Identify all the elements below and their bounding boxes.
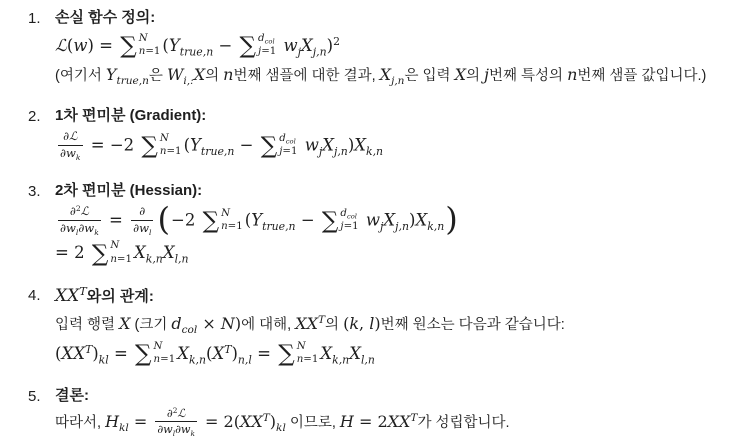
- math-limits: Nn=1: [297, 340, 319, 367]
- list-item-body: 손실 함수 정의:ℒ(w) = ∑Nn=1(Ytrue,n − ∑dcolj=1…: [55, 7, 717, 90]
- list-item-heading: 결론:: [55, 385, 717, 408]
- superscript: dcol: [279, 132, 296, 145]
- list-item-body: 2차 편미분 (Hessian):∂2ℒ∂wl∂wk = ∂∂wl(−2 ∑Nn…: [55, 180, 717, 270]
- list-item-number: 5.: [28, 385, 55, 436]
- subscript: k,n: [366, 145, 383, 158]
- list-item-heading: 2차 편미분 (Hessian):: [55, 180, 717, 203]
- math-limits: dcolj=1: [340, 207, 358, 234]
- list-item-number: 1.: [28, 7, 55, 90]
- math-symbol: =: [104, 211, 128, 230]
- math-symbol: ,: [359, 314, 369, 333]
- inline-math: XXT: [295, 314, 325, 333]
- subscript: n=1: [154, 353, 176, 366]
- text-run: 입력 행렬: [55, 317, 119, 333]
- paragraph: 입력 행렬 X (크기 dcol × N)에 대해, XXT의 (k, l)번째…: [55, 310, 717, 338]
- list-item-body: 1차 편미분 (Gradient):∂ℒ∂wk = −2 ∑Nn=1(Ytrue…: [55, 105, 717, 165]
- math-symbol: = 2: [354, 412, 388, 431]
- math-variable: T: [263, 413, 270, 425]
- math-variable: X: [380, 65, 391, 84]
- inline-math: n: [223, 65, 233, 84]
- math-variable: true,n: [180, 45, 213, 58]
- math-variable: k,n: [332, 353, 349, 366]
- math-variable: ℒ: [69, 129, 77, 143]
- math-fraction: ∂ℒ∂wk: [58, 129, 83, 161]
- paragraph: 따라서, Hkl = ∂2ℒ∂wl∂wk = 2(XXT)kl 이므로, H =…: [55, 407, 717, 436]
- math-variable: H: [340, 412, 354, 431]
- subscript: k,n: [146, 253, 163, 266]
- math-variable: true,n: [201, 145, 234, 158]
- superscript: N: [139, 32, 148, 45]
- subscript: l,n: [361, 353, 375, 366]
- math-variable: Y: [106, 65, 117, 84]
- math-variable: n: [223, 65, 233, 84]
- math-limits: Nn=1: [221, 207, 243, 234]
- math-variable: X: [134, 243, 146, 262]
- subscript: true,n: [116, 76, 148, 88]
- text-run: 와의 관계:: [87, 288, 154, 305]
- math-variable: k,n: [427, 220, 444, 233]
- math-variable: Y: [169, 36, 180, 55]
- math-variable: l,n: [361, 353, 375, 366]
- math-variable: X: [354, 136, 366, 155]
- big-delimiter: (: [156, 200, 171, 238]
- math-variable: N: [154, 341, 163, 352]
- document: 1.손실 함수 정의:ℒ(w) = ∑Nn=1(Ytrue,n − ∑dcolj…: [0, 0, 729, 436]
- math-variable: X: [383, 211, 395, 230]
- math-variable: w: [284, 36, 298, 55]
- subscript: n=1: [160, 145, 182, 158]
- subscript: kl: [276, 423, 286, 435]
- math-variable: X: [301, 36, 313, 55]
- math-symbol: 2: [333, 35, 340, 48]
- list-item-number: 3.: [28, 180, 55, 270]
- superscript: dcol: [258, 32, 275, 45]
- math-symbol: =1: [344, 221, 359, 232]
- math-fraction: ∂∂wl: [131, 204, 153, 236]
- superscript: dcol: [340, 207, 357, 220]
- math-variable: T: [79, 285, 86, 298]
- subscript: k,n: [427, 220, 444, 233]
- math-variable: n: [110, 254, 117, 265]
- text-run: 번째 특성의: [489, 68, 567, 84]
- math-formula: = 2 ∑Nn=1Xk,nXl,n: [55, 240, 717, 267]
- inline-math: Xj,n: [380, 65, 405, 84]
- math-limits: Nn=1: [139, 32, 161, 59]
- subscript: k,n: [332, 353, 349, 366]
- subscript: j,n: [313, 45, 327, 58]
- list-item: 1.손실 함수 정의:ℒ(w) = ∑Nn=1(Ytrue,n − ∑dcolj…: [28, 7, 717, 90]
- sum-operator: ∑: [90, 241, 110, 267]
- subscript: n=1: [297, 353, 319, 366]
- math-variable: X: [194, 65, 205, 84]
- math-symbol: = −2: [86, 136, 140, 155]
- inline-math: H = 2XXT: [340, 412, 418, 431]
- math-variable: N: [221, 208, 230, 219]
- math-variable: X: [455, 65, 466, 84]
- math-variable: i,:: [183, 76, 193, 88]
- math-variable: N: [221, 314, 235, 333]
- sum-operator: ∑: [133, 341, 153, 367]
- list-item-number: 4.: [28, 284, 55, 370]
- math-variable: H: [105, 412, 119, 431]
- math-symbol: =: [252, 344, 276, 363]
- math-variable: l: [149, 228, 151, 237]
- math-variable: w: [84, 221, 94, 235]
- text-run: 가 성립합니다.: [417, 415, 509, 431]
- math-variable: w: [66, 146, 76, 160]
- fraction-denominator: ∂wl∂wk: [155, 421, 197, 436]
- list-item-body: XXT와의 관계:입력 행렬 X (크기 dcol × N)에 대해, XXT의…: [55, 284, 717, 370]
- subscript: l,n: [175, 253, 189, 266]
- math-limits: Nn=1: [110, 239, 132, 266]
- subscript: true,n: [262, 220, 295, 233]
- big-delimiter: ): [444, 200, 459, 238]
- inline-math: X: [119, 314, 130, 333]
- math-variable: true,n: [116, 76, 148, 88]
- inline-math: dcol × N): [171, 314, 241, 333]
- subscript: k: [190, 429, 194, 436]
- list-item: 2.1차 편미분 (Gradient):∂ℒ∂wk = −2 ∑Nn=1(Ytr…: [28, 105, 717, 165]
- math-variable: w: [139, 221, 149, 235]
- text-run: 2차 편미분 (Hessian):: [55, 182, 202, 199]
- text-run: 번째 원소는 다음과 같습니다:: [381, 317, 565, 333]
- text-run: 은 입력: [404, 68, 454, 84]
- text-run: 의: [466, 68, 484, 84]
- math-formula: ∂ℒ∂wk = −2 ∑Nn=1(Ytrue,n − ∑dcolj=1 wjXj…: [55, 130, 717, 162]
- math-symbol: =1: [303, 354, 318, 365]
- subscript: true,n: [201, 145, 234, 158]
- subscript: n=1: [110, 253, 132, 266]
- math-limits: dcolj=1: [279, 132, 297, 159]
- sum-operator: ∑: [276, 341, 296, 367]
- math-variable: w: [66, 221, 76, 235]
- math-formula: ℒ(w) = ∑Nn=1(Ytrue,n − ∑dcolj=1 wjXj,n)2: [55, 33, 717, 60]
- math-variable: l,n: [175, 253, 189, 266]
- math-variable: X: [55, 286, 67, 306]
- subscript: j=1: [279, 145, 297, 158]
- math-variable: N: [297, 341, 306, 352]
- text-run: 번째 샘플에 대한 결과,: [233, 68, 379, 84]
- inline-math: Wi,:X: [167, 65, 205, 84]
- subscript: k,n: [189, 353, 206, 366]
- inline-math: (k, l): [343, 314, 381, 333]
- sum-operator: ∑: [238, 33, 258, 59]
- math-symbol: =: [129, 412, 153, 431]
- math-symbol: ∂: [139, 204, 145, 218]
- math-symbol: ×: [197, 314, 221, 333]
- subscript: n,l: [238, 353, 252, 366]
- ordered-list: 1.손실 함수 정의:ℒ(w) = ∑Nn=1(Ytrue,n − ∑dcolj…: [28, 7, 717, 436]
- text-run: 결론:: [55, 387, 89, 404]
- math-fraction: ∂2ℒ∂wl∂wk: [155, 406, 197, 436]
- subscript: kl: [119, 423, 129, 435]
- math-variable: X: [415, 211, 427, 230]
- superscript: T: [79, 285, 86, 298]
- math-variable: k: [94, 228, 99, 237]
- math-symbol: =1: [166, 146, 181, 157]
- math-symbol: =1: [117, 254, 132, 265]
- math-variable: N: [139, 33, 148, 44]
- list-item-number: 2.: [28, 105, 55, 165]
- math-variable: j,n: [313, 45, 327, 58]
- fraction-denominator: ∂wl∂wk: [58, 220, 101, 237]
- math-variable: X: [73, 344, 85, 363]
- fraction-numerator: ∂2ℒ: [68, 204, 91, 220]
- sum-operator: ∑: [118, 33, 138, 59]
- math-variable: k,n: [146, 253, 163, 266]
- subscript: true,n: [180, 45, 213, 58]
- subscript: n=1: [139, 45, 161, 58]
- math-variable: d: [171, 314, 181, 333]
- text-run: 1차 편미분 (Gradient):: [55, 107, 206, 124]
- math-variable: w: [73, 36, 87, 55]
- fraction-denominator: ∂wk: [58, 145, 83, 162]
- subscript: k: [94, 228, 99, 237]
- subscript: l: [149, 228, 151, 237]
- math-symbol: = 2(: [200, 412, 240, 431]
- list-item-body: 결론:따라서, Hkl = ∂2ℒ∂wl∂wk = 2(XXT)kl 이므로, …: [55, 385, 717, 436]
- math-variable: n: [567, 65, 577, 84]
- math-symbol: −: [234, 136, 258, 155]
- superscript: N: [110, 239, 119, 252]
- list-item: 5.결론:따라서, Hkl = ∂2ℒ∂wl∂wk = 2(XXT)kl 이므로…: [28, 385, 717, 436]
- math-symbol: −2: [171, 211, 201, 230]
- math-symbol: =1: [145, 46, 160, 57]
- math-variable: X: [212, 344, 224, 363]
- math-variable: ℒ: [55, 36, 67, 55]
- math-variable: kl: [99, 353, 109, 366]
- math-symbol: =1: [228, 221, 243, 232]
- math-variable: n: [221, 221, 228, 232]
- subscript: kl: [99, 353, 109, 366]
- inline-math: n: [567, 65, 577, 84]
- fraction-denominator: ∂wl: [131, 220, 153, 237]
- list-item-heading: 1차 편미분 (Gradient):: [55, 105, 717, 128]
- math-symbol: =1: [282, 146, 297, 157]
- fraction-numerator: ∂2ℒ: [165, 406, 188, 421]
- math-variable: true,n: [262, 220, 295, 233]
- list-item: 4.XXT와의 관계:입력 행렬 X (크기 dcol × N)에 대해, XX…: [28, 284, 717, 370]
- sum-operator: ∑: [320, 208, 340, 234]
- math-variable: w: [305, 136, 319, 155]
- list-item: 3.2차 편미분 (Hessian):∂2ℒ∂wl∂wk = ∂∂wl(−2 ∑…: [28, 180, 717, 270]
- math-variable: k: [190, 429, 194, 436]
- math-variable: kl: [119, 423, 129, 435]
- text-run: 번째 샘플 값입니다.): [577, 68, 706, 84]
- text-run: 의: [205, 68, 223, 84]
- math-variable: X: [163, 243, 175, 262]
- fraction-numerator: ∂ℒ: [61, 129, 79, 145]
- subscript: j,n: [334, 145, 348, 158]
- subscript: i,:: [183, 76, 193, 88]
- math-symbol: =1: [160, 354, 175, 365]
- math-variable: X: [307, 314, 318, 333]
- sum-operator: ∑: [139, 133, 159, 159]
- math-variable: T: [318, 314, 325, 326]
- math-limits: dcolj=1: [258, 32, 276, 59]
- math-variable: k,n: [366, 145, 383, 158]
- text-run: 손실 함수 정의:: [55, 9, 155, 26]
- math-limits: Nn=1: [154, 340, 176, 367]
- text-run: 은: [149, 68, 167, 84]
- math-formula: (XXT)kl = ∑Nn=1Xk,n(XT)n,l = ∑Nn=1Xk,nXl…: [55, 341, 717, 368]
- text-run: 따라서,: [55, 415, 105, 431]
- superscript: N: [297, 340, 306, 353]
- subscript: j=1: [340, 220, 358, 233]
- text-run: (여기서: [55, 68, 106, 84]
- math-variable: W: [167, 65, 183, 84]
- inline-math: X: [455, 65, 466, 84]
- math-variable: X: [119, 314, 130, 333]
- math-variable: j,n: [334, 145, 348, 158]
- inline-math: Ytrue,n: [106, 65, 149, 84]
- superscript: N: [160, 132, 169, 145]
- superscript: T: [318, 314, 325, 326]
- math-symbol: ) =: [87, 36, 118, 55]
- math-symbol: =1: [261, 46, 276, 57]
- math-variable: N: [160, 133, 169, 144]
- math-variable: k: [349, 314, 359, 333]
- math-variable: k: [76, 153, 81, 162]
- math-variable: j,n: [391, 76, 404, 88]
- math-variable: X: [251, 412, 262, 431]
- math-symbol: =: [109, 344, 133, 363]
- math-symbol: = 2: [55, 243, 90, 262]
- subscript: n=1: [221, 220, 243, 233]
- text-run: 이므로,: [286, 415, 340, 431]
- math-variable: k,n: [189, 353, 206, 366]
- subscript: col: [182, 324, 198, 336]
- math-symbol: −: [296, 211, 320, 230]
- math-variable: X: [388, 412, 399, 431]
- math-variable: w: [366, 211, 380, 230]
- math-variable: Y: [251, 211, 262, 230]
- math-variable: kl: [276, 423, 286, 435]
- paragraph: (여기서 Ytrue,n은 Wi,:X의 n번째 샘플에 대한 결과, Xj,n…: [55, 61, 717, 89]
- inline-math: Hkl = ∂2ℒ∂wl∂wk = 2(XXT)kl: [105, 412, 286, 431]
- math-variable: X: [240, 412, 251, 431]
- list-item-heading: 손실 함수 정의:: [55, 7, 717, 30]
- subscript: j,n: [391, 76, 404, 88]
- list-item-heading: XXT와의 관계:: [55, 284, 717, 310]
- text-run: 에 대해,: [241, 317, 295, 333]
- math-variable: X: [399, 412, 410, 431]
- math-variable: X: [67, 286, 79, 306]
- math-variable: n,l: [238, 353, 252, 366]
- sum-operator: ∑: [201, 208, 221, 234]
- math-variable: ℒ: [177, 407, 185, 420]
- math-limits: Nn=1: [160, 132, 182, 159]
- superscript: N: [221, 207, 230, 220]
- math-variable: X: [295, 314, 306, 333]
- text-run: 의: [325, 317, 343, 333]
- subscript: j=1: [258, 45, 276, 58]
- math-variable: ℒ: [81, 204, 89, 218]
- sum-operator: ∑: [259, 133, 279, 159]
- subscript: j,n: [395, 220, 409, 233]
- math-variable: j,n: [395, 220, 409, 233]
- math-variable: Y: [190, 136, 201, 155]
- math-variable: X: [61, 344, 73, 363]
- math-variable: X: [349, 344, 361, 363]
- math-variable: col: [182, 324, 198, 336]
- superscript: N: [154, 340, 163, 353]
- text-run: (크기: [130, 317, 171, 333]
- fraction-numerator: ∂: [137, 204, 147, 220]
- math-fraction: ∂2ℒ∂wl∂wk: [58, 204, 101, 236]
- superscript: 2: [333, 35, 340, 48]
- math-variable: X: [320, 344, 332, 363]
- subscript: k: [76, 153, 81, 162]
- math-variable: w: [163, 423, 173, 436]
- math-variable: X: [322, 136, 334, 155]
- inline-math: XXT: [55, 286, 87, 306]
- math-formula: ∂2ℒ∂wl∂wk = ∂∂wl(−2 ∑Nn=1(Ytrue,n − ∑dco…: [55, 205, 717, 237]
- math-variable: X: [177, 344, 189, 363]
- math-variable: N: [110, 240, 119, 251]
- math-symbol: −: [213, 36, 237, 55]
- superscript: T: [263, 413, 270, 425]
